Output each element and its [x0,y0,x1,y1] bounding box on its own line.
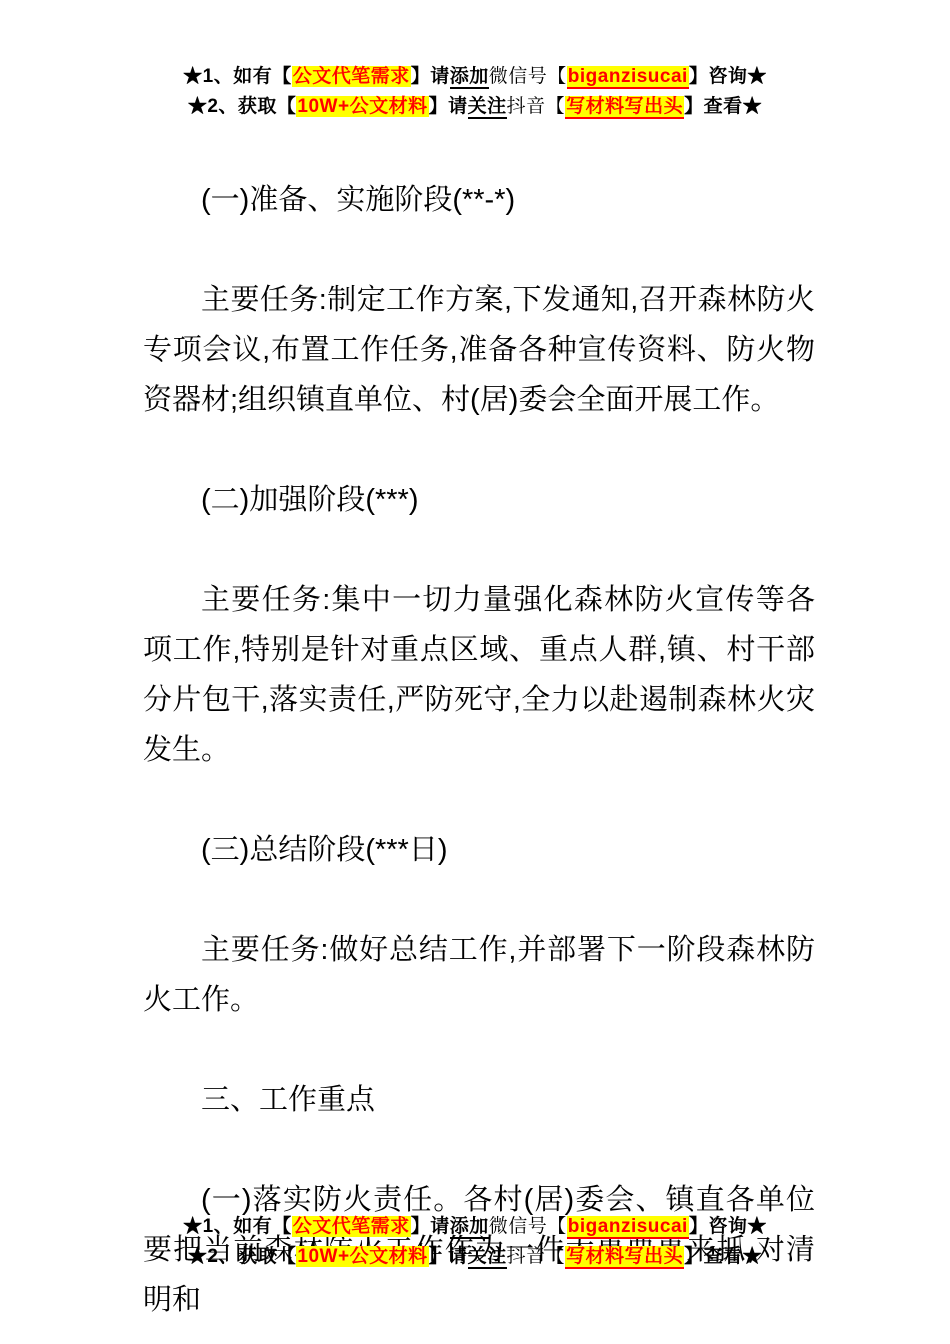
promo-underline-follow: 关注 [468,1246,507,1269]
promo-text: 】请 [411,66,450,87]
promo-text: 】咨询★ [689,1216,767,1237]
paragraph-stage-3-tasks: 主要任务:做好总结工作,并部署下一阶段森林防火工作。 [143,925,815,1025]
promo-underline-add: 添加 [450,1216,489,1239]
promo-underline-add: 添加 [450,66,489,89]
promo-highlight-writing-service: 公文代笔需求 [292,1216,411,1237]
promo-highlight-wechat-id: biganzisucai [567,66,689,89]
promo-highlight-wechat-id: biganzisucai [567,1216,689,1239]
promo-text: ★2、获取【 [188,1246,297,1267]
promo-text: 】查看★ [684,1246,762,1267]
promo-underline-follow: 关注 [468,96,507,119]
promo-footer: ★1、如有【公文代笔需求】请添加微信号【biganzisucai】咨询★ ★2、… [0,1212,950,1272]
document-page: ★1、如有【公文代笔需求】请添加微信号【biganzisucai】咨询★ ★2、… [0,0,950,1344]
promo-text: 】咨询★ [689,66,767,87]
promo-highlight-douyin-id: 写材料写出头 [565,96,684,119]
promo-header-line-1: ★1、如有【公文代笔需求】请添加微信号【biganzisucai】咨询★ [0,62,950,92]
paragraph-stage-2-tasks: 主要任务:集中一切力量强化森林防火宣传等各项工作,特别是针对重点区域、重点人群,… [143,575,815,775]
promo-footer-line-1: ★1、如有【公文代笔需求】请添加微信号【biganzisucai】咨询★ [0,1212,950,1242]
section-heading-work-focus: 三、工作重点 [143,1075,815,1125]
promo-header-line-2: ★2、获取【10W+公文材料】请关注抖音【写材料写出头】查看★ [0,92,950,122]
section-heading-stage-1: (一)准备、实施阶段(**-*) [143,175,815,225]
promo-highlight-materials: 10W+公文材料 [296,96,428,117]
promo-highlight-materials: 10W+公文材料 [296,1246,428,1267]
promo-text: ★1、如有【 [183,1216,292,1237]
promo-text: ★2、获取【 [188,96,297,117]
promo-text: 抖音【 [507,96,566,117]
promo-highlight-douyin-id: 写材料写出头 [565,1246,684,1269]
promo-footer-line-2: ★2、获取【10W+公文材料】请关注抖音【写材料写出头】查看★ [0,1242,950,1272]
promo-highlight-writing-service: 公文代笔需求 [292,66,411,87]
promo-text: 】请 [429,1246,468,1267]
section-heading-stage-2: (二)加强阶段(***) [143,475,815,525]
promo-text: 微信号【 [489,66,567,87]
document-content: (一)准备、实施阶段(**-*) 主要任务:制定工作方案,下发通知,召开森林防火… [143,122,815,1325]
promo-text: ★1、如有【 [183,66,292,87]
promo-text: 】请 [411,1216,450,1237]
promo-text: 】查看★ [684,96,762,117]
paragraph-stage-1-tasks: 主要任务:制定工作方案,下发通知,召开森林防火专项会议,布置工作任务,准备各种宣… [143,275,815,425]
promo-text: 抖音【 [507,1246,566,1267]
promo-text: 微信号【 [489,1216,567,1237]
promo-header: ★1、如有【公文代笔需求】请添加微信号【biganzisucai】咨询★ ★2、… [0,62,950,122]
section-heading-stage-3: (三)总结阶段(***日) [143,825,815,875]
promo-text: 】请 [429,96,468,117]
